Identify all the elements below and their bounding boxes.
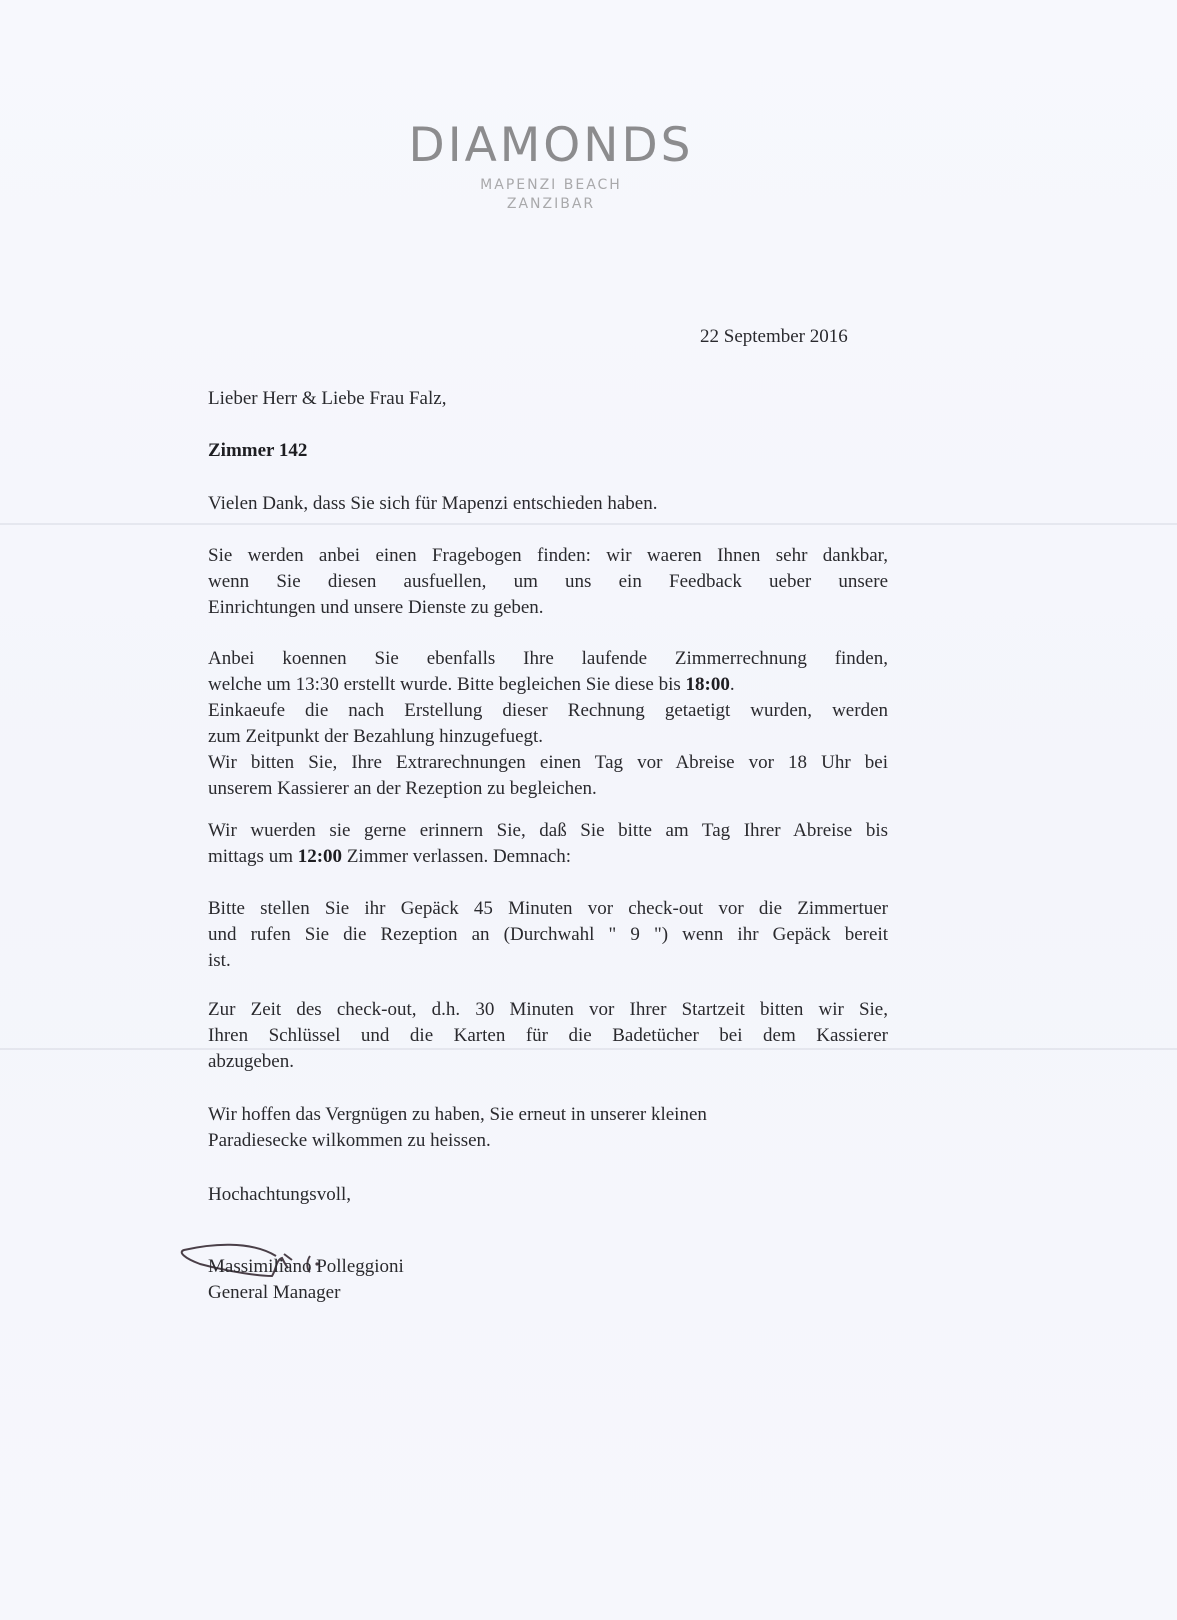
text-line: Wir bitten Sie, Ihre Extrarechnungen ein… — [208, 750, 888, 776]
text-line: wenn Sie diesen ausfuellen, um uns ein F… — [208, 569, 888, 595]
letterhead-brand: DIAMONDS — [406, 118, 696, 173]
letter-date: 22 September 2016 — [700, 326, 848, 348]
signatory-name: Massimiliano Polleggioni — [208, 1254, 888, 1280]
salutation: Lieber Herr & Liebe Frau Falz, — [208, 386, 888, 412]
paragraph-checkout: Wir wuerden sie gerne erinnern Sie, daß … — [208, 818, 888, 870]
paragraph-thanks: Vielen Dank, dass Sie sich für Mapenzi e… — [208, 491, 888, 517]
text-line: und rufen Sie die Rezeption an (Durchwah… — [208, 922, 888, 948]
text-line: unserem Kassierer an der Rezeption zu be… — [208, 776, 888, 802]
text-segment: welche um 13:30 erstellt wurde. Bitte be… — [208, 674, 686, 695]
text-line: Ihren Schlüssel und die Karten für die B… — [208, 1023, 888, 1049]
text-line: ist. — [208, 948, 888, 974]
paragraph-invoice: Anbei koennen Sie ebenfalls Ihre laufend… — [208, 646, 888, 802]
paragraph-luggage: Bitte stellen Sie ihr Gepäck 45 Minuten … — [208, 896, 888, 974]
text-line: mittags um 12:00 Zimmer verlassen. Demna… — [208, 844, 888, 870]
text-line: Anbei koennen Sie ebenfalls Ihre laufend… — [208, 646, 888, 672]
text-line: Wir wuerden sie gerne erinnern Sie, daß … — [208, 818, 888, 844]
signatory-title: General Manager — [208, 1280, 888, 1306]
paragraph-keys: Zur Zeit des check-out, d.h. 30 Minuten … — [208, 997, 888, 1075]
text-line: Einkaeufe die nach Erstellung dieser Rec… — [208, 698, 888, 724]
text-line: Wir hoffen das Vergnügen zu haben, Sie e… — [208, 1102, 808, 1128]
text-line: Bitte stellen Sie ihr Gepäck 45 Minuten … — [208, 896, 888, 922]
text-segment: mittags um — [208, 846, 298, 867]
text-line: Sie werden anbei einen Fragebogen finden… — [208, 543, 888, 569]
text-line: welche um 13:30 erstellt wurde. Bitte be… — [208, 672, 888, 698]
letter-page: DIAMONDS MAPENZI BEACH ZANZIBAR 22 Septe… — [0, 0, 1177, 1620]
text-line: zum Zeitpunkt der Bezahlung hinzugefuegt… — [208, 724, 888, 750]
text-segment: Zimmer verlassen. Demnach: — [342, 846, 571, 867]
paper-fold-line — [0, 523, 1177, 525]
text-line: Paradiesecke wilkommen zu heissen. — [208, 1128, 808, 1154]
letterhead-location-line2: ZANZIBAR — [406, 196, 696, 212]
paragraph-closing-wish: Wir hoffen das Vergnügen zu haben, Sie e… — [208, 1102, 808, 1154]
text-segment: . — [730, 674, 735, 695]
paragraph-questionnaire: Sie werden anbei einen Fragebogen finden… — [208, 543, 888, 621]
text-line: abzugeben. — [208, 1049, 888, 1075]
closing-phrase: Hochachtungsvoll, — [208, 1182, 888, 1208]
letterhead-location-line1: MAPENZI BEACH — [406, 177, 696, 193]
text-line: Einrichtungen und unsere Dienste zu gebe… — [208, 595, 888, 621]
room-number: Zimmer 142 — [208, 438, 888, 464]
payment-deadline: 18:00 — [686, 674, 730, 695]
checkout-time: 12:00 — [298, 846, 342, 867]
text-line: Zur Zeit des check-out, d.h. 30 Minuten … — [208, 997, 888, 1023]
